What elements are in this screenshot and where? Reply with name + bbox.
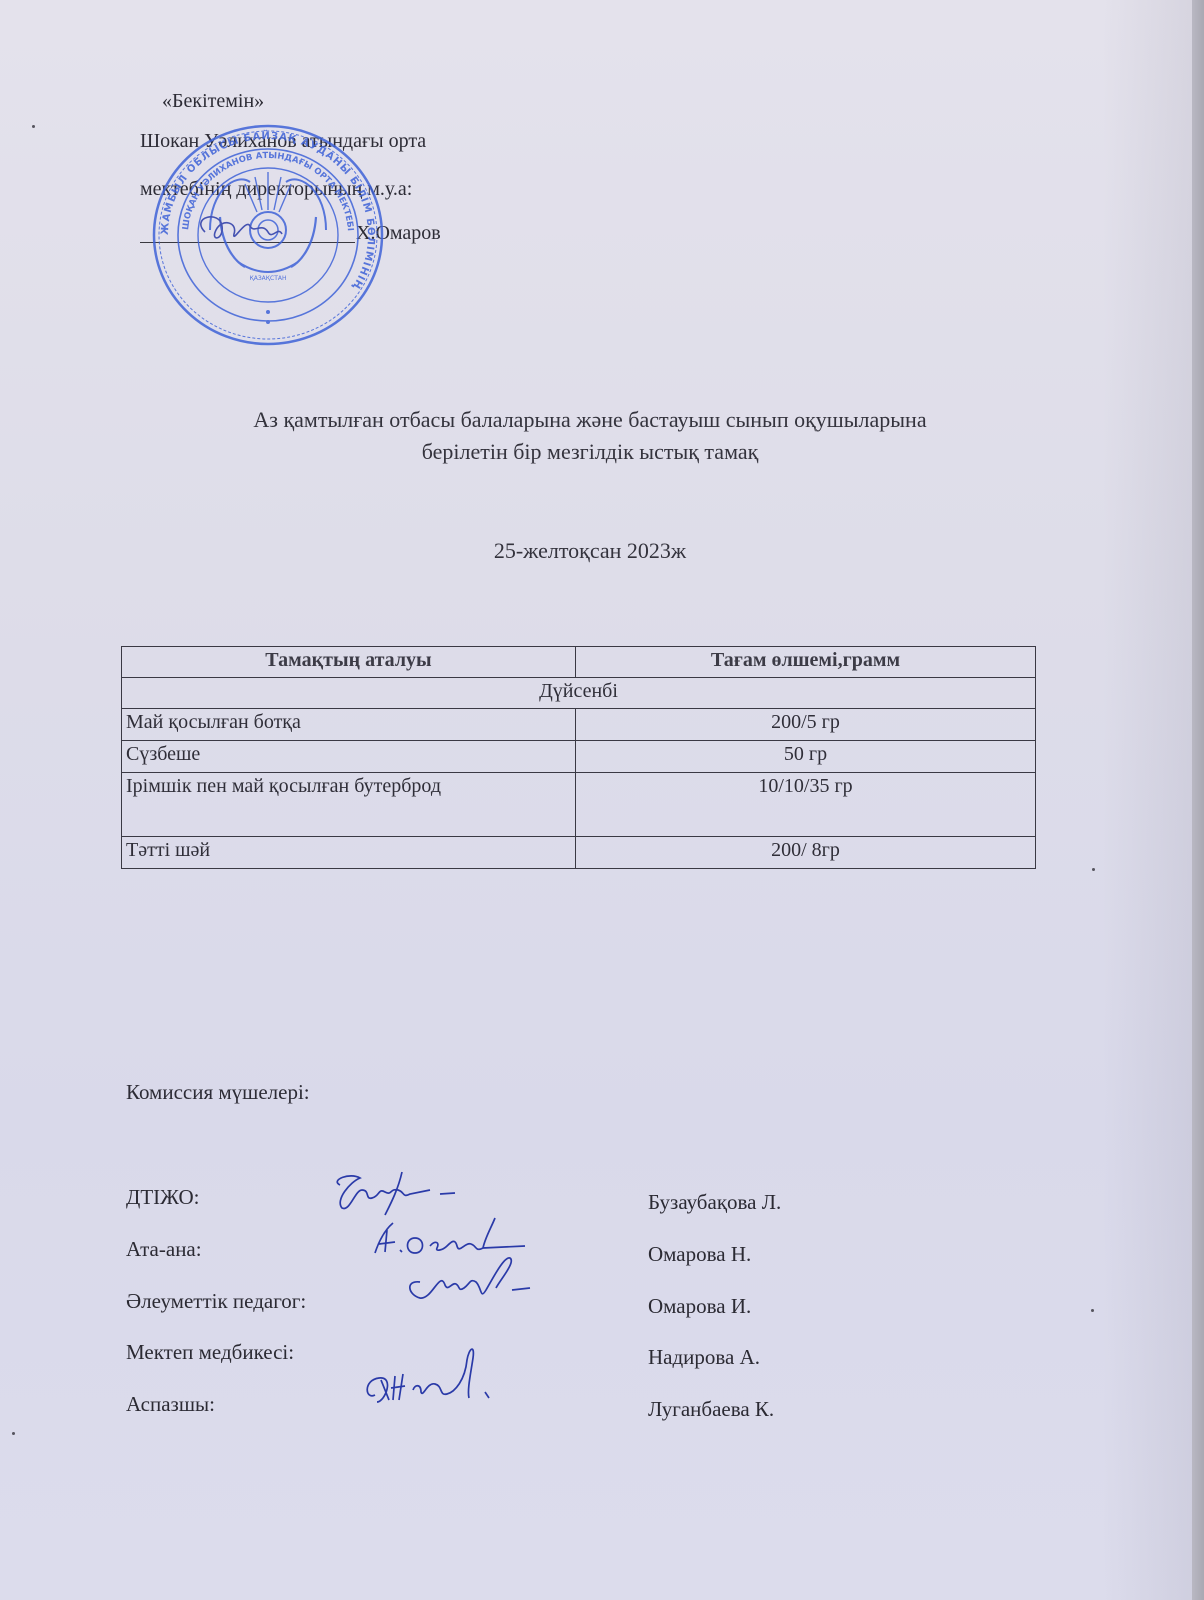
signature-icon [400,1250,540,1310]
table-row: Сүзбеше 50 гр [122,741,1036,773]
paper-edge-shadow [1192,0,1204,1600]
table-row: Тәтті шәй 200/ 8гр [122,837,1036,869]
header-portion-size: Тағам өлшемі,грамм [576,647,1036,678]
title-line-2: берілетін бір мезгілдік ыстық тамақ [150,436,1030,468]
dish-amount: 200/ 8гр [576,837,1036,869]
member-name: Бузаубақова Л. [648,1190,781,1215]
member-role: Әлеуметтік педагог: [126,1289,306,1314]
member-role: Мектеп медбикесі: [126,1340,294,1365]
member-name: Омарова И. [648,1294,751,1319]
dish-amount: 200/5 гр [576,709,1036,741]
paper-speck [1091,1309,1094,1312]
table-row: Май қосылған ботқа 200/5 гр [122,709,1036,741]
header-dish-name: Тамақтың аталуы [122,647,576,678]
member-role: ДТІЖО: [126,1185,199,1210]
day-label: Дүйсенбі [122,678,1036,709]
signature-icon [355,1340,515,1420]
commission-heading: Комиссия мүшелері: [126,1080,310,1105]
dish-name: Ірімшік пен май қосылған бутерброд [122,773,576,837]
dish-name: Тәтті шәй [122,837,576,869]
member-role: Аспазшы: [126,1392,215,1417]
paper-speck [32,125,35,128]
title-line-1: Аз қамтылған отбасы балаларына және баст… [150,404,1030,436]
dish-amount: 50 гр [576,741,1036,773]
table-day-row: Дүйсенбі [122,678,1036,709]
member-name: Надирова А. [648,1345,760,1370]
member-name: Омарова Н. [648,1242,751,1267]
table-row: Ірімшік пен май қосылған бутерброд 10/10… [122,773,1036,837]
paper-speck [1092,868,1095,871]
table-header-row: Тамақтың аталуы Тағам өлшемі,грамм [122,647,1036,678]
menu-table: Тамақтың аталуы Тағам өлшемі,грамм Дүйсе… [121,646,1036,869]
official-stamp-icon: ЖАМБЫЛ ОБЛЫСЫ БАЙЗАҚ АУДАНЫ БІЛІМ БӨЛІМІ… [150,122,386,348]
document-title: Аз қамтылған отбасы балаларына және баст… [150,404,1030,468]
paper-speck [12,1432,15,1435]
document-date: 25-желтоқсан 2023ж [150,538,1030,564]
approval-heading: «Бекітемін» [162,90,264,113]
dish-name: Сүзбеше [122,741,576,773]
dish-amount: 10/10/35 гр [576,773,1036,837]
member-name: Луганбаева К. [648,1397,774,1422]
member-role: Ата-ана: [126,1237,202,1262]
dish-name: Май қосылған ботқа [122,709,576,741]
svg-text:ҚАЗАҚСТАН: ҚАЗАҚСТАН [249,275,286,282]
